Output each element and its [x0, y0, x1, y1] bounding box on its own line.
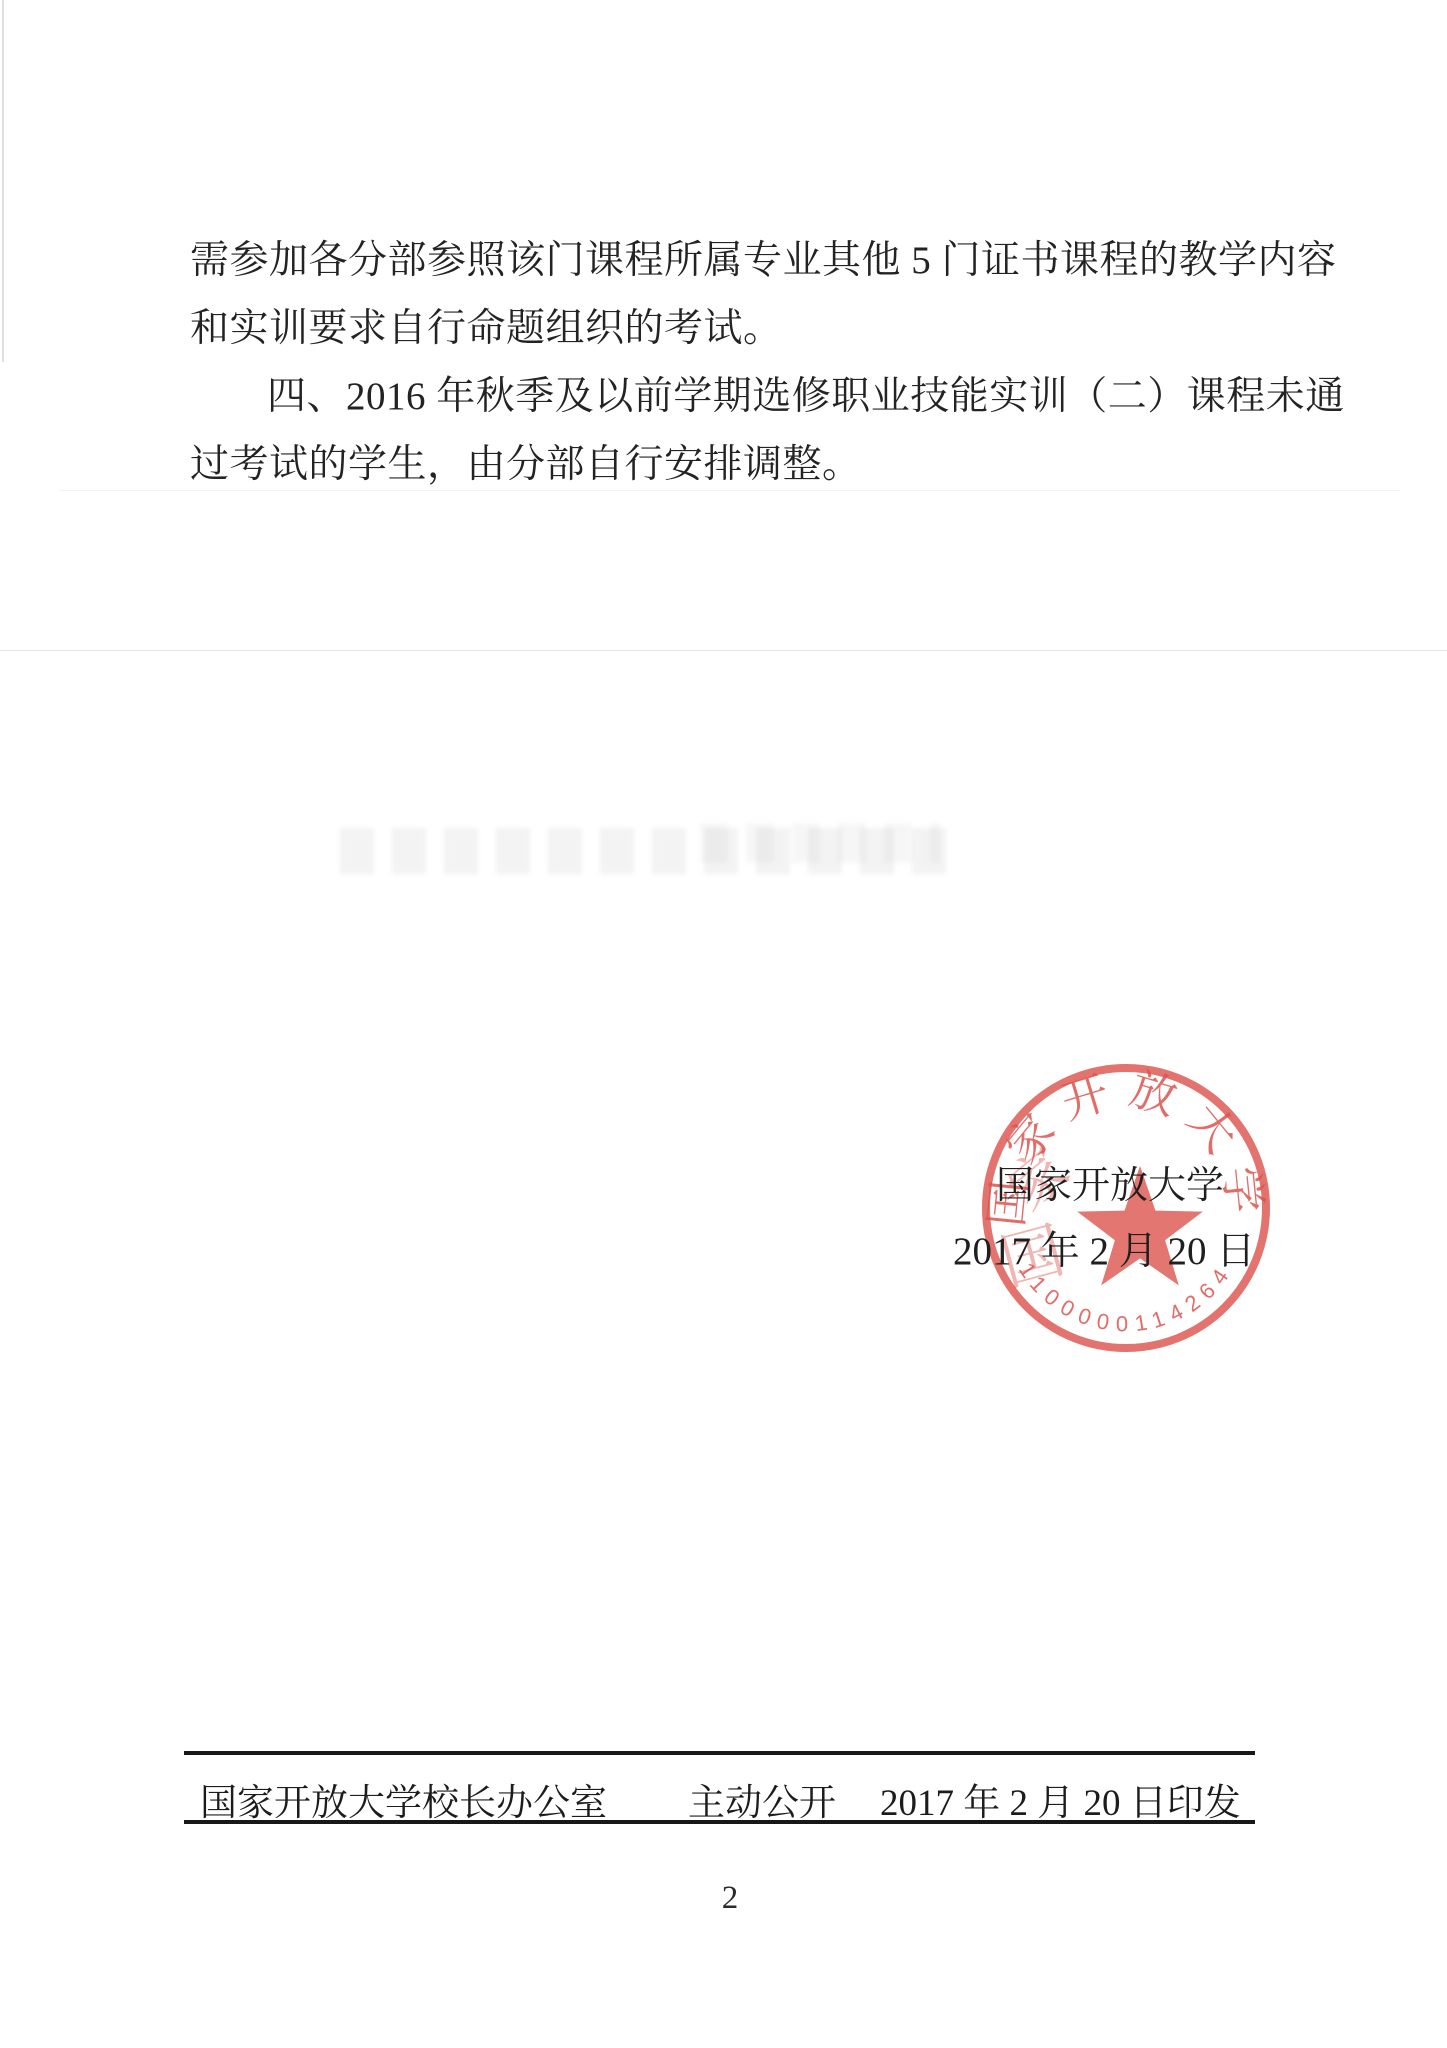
footer-disclosure: 主动公开	[688, 1772, 836, 1826]
signature-organization: 国家开放大学	[996, 1154, 1224, 1209]
signature-date: 2017 年 2 月 20 日	[953, 1220, 1255, 1276]
body-line-3: 四、2016 年秋季及以前学期选修职业技能实训（二）课程未通	[190, 374, 1427, 420]
document-page: 需参加各分部参照该门课程所属专业其他 5 门证书课程的教学内容 和实训要求自行命…	[0, 0, 1447, 2048]
footer-office: 国家开放大学校长办公室	[200, 1772, 607, 1826]
paper-crease-fold	[0, 650, 1447, 651]
paper-crease-upper	[60, 490, 1400, 491]
scan-edge-artifact	[2, 0, 4, 362]
body-line-1: 需参加各分部参照该门课程所属专业其他 5 门证书课程的教学内容	[190, 238, 1350, 284]
footer-issue-date: 2017 年 2 月 20 日印发	[880, 1772, 1241, 1826]
bleed-through-artifact-2	[700, 823, 940, 863]
body-line-2: 和实训要求自行命题组织的考试。	[190, 306, 1350, 352]
body-line-4: 过考试的学生，由分部自行安排调整。	[190, 442, 1350, 488]
footer-rule-top	[184, 1751, 1255, 1755]
page-number: 2	[700, 1880, 760, 1917]
footer-rule-bottom	[184, 1820, 1255, 1824]
